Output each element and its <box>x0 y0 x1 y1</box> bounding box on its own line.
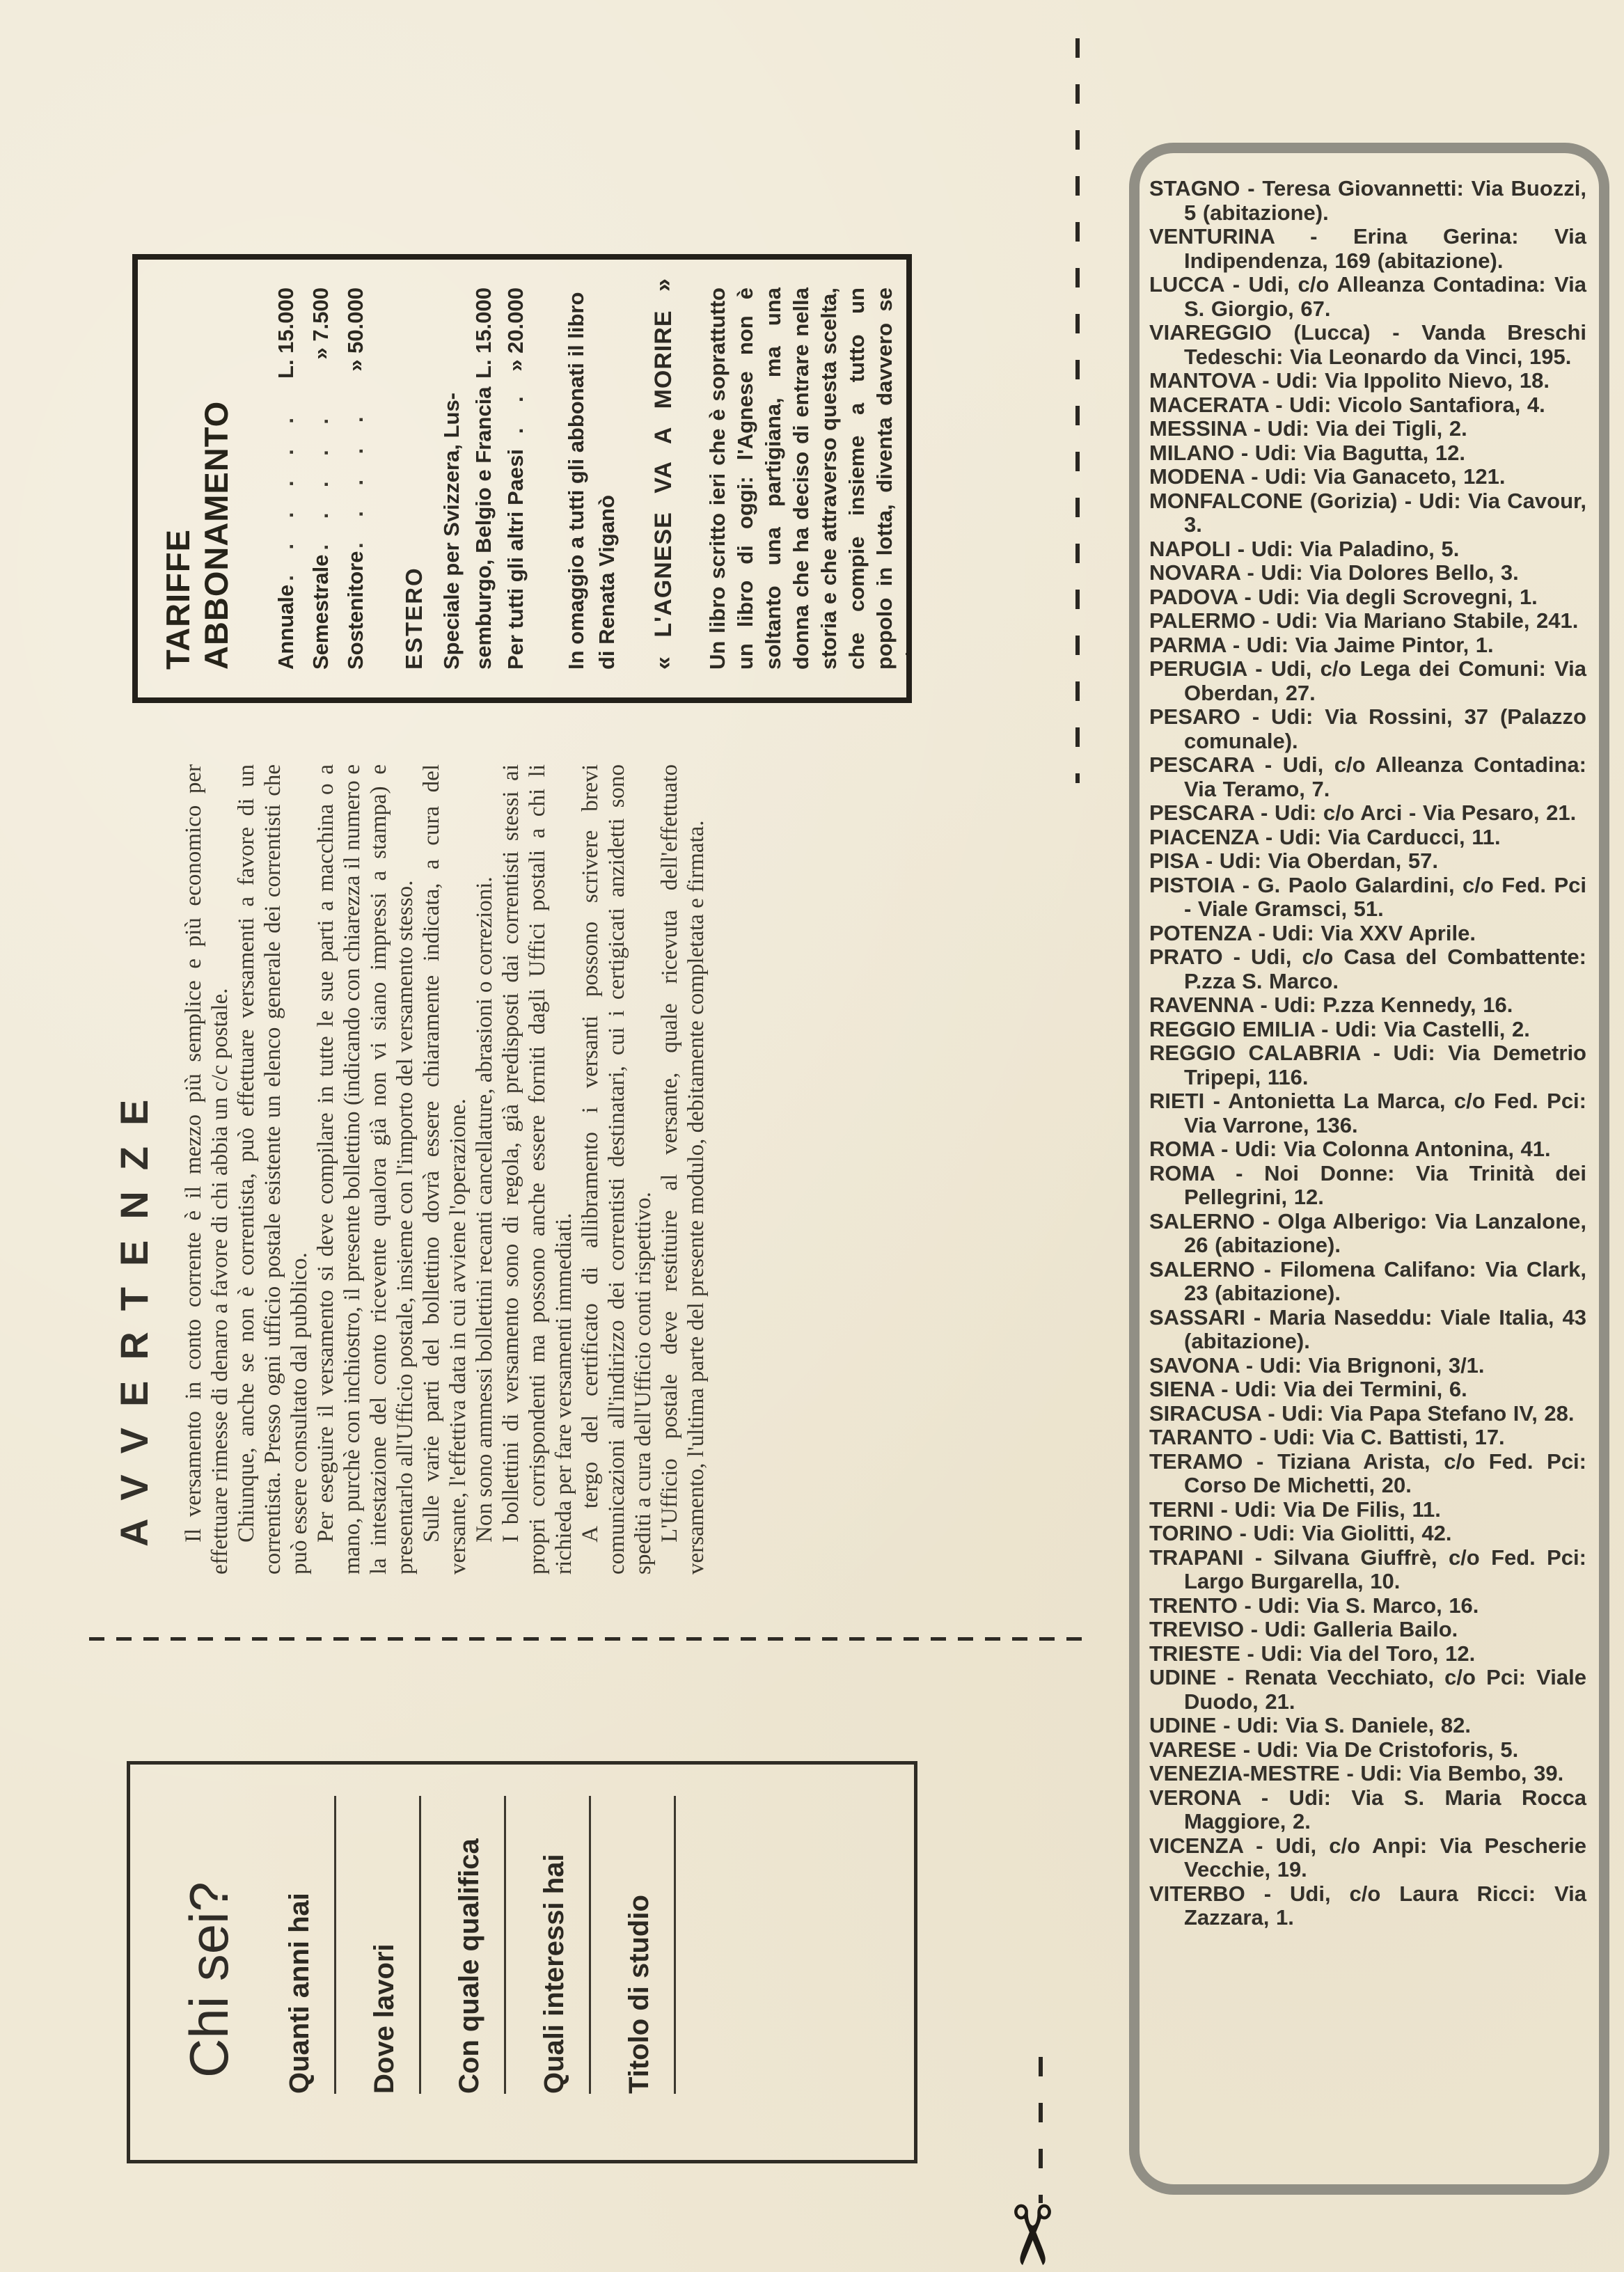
estero-rate-table: Speciale per Svizzera, Lus- semburgo, Be… <box>436 287 532 670</box>
questionnaire-field: Titolo di studio <box>624 1765 676 2094</box>
address-entry: TRIESTE - Udi: Via del Toro, 12. <box>1149 1642 1586 1666</box>
avvertenze-paragraph: Il versamento in conto corrente è il mez… <box>180 764 233 1575</box>
questionnaire-fields: Quanti anni haiDove lavoriCon quale qual… <box>284 1765 676 2094</box>
address-entry: PISA - Udi: Via Oberdan, 57. <box>1149 849 1586 874</box>
address-entry: SALERNO - Filomena Califano: Via Clark, … <box>1149 1258 1586 1306</box>
blank-answer-line <box>589 1796 591 2094</box>
address-entry: VERONA - Udi: Via S. Maria Rocca Maggior… <box>1149 1786 1586 1834</box>
address-entry: UDINE - Udi: Via S. Daniele, 82. <box>1149 1714 1586 1738</box>
address-entry: POTENZA - Udi: Via XXV Aprile. <box>1149 922 1586 946</box>
avvertenze-paragraph: L'Ufficio postale deve restituire al ver… <box>656 764 709 1575</box>
address-entry: VARESE - Udi: Via De Cristoforis, 5. <box>1149 1738 1586 1762</box>
tariffe-title: TARIFFE ABBONAMENTO <box>159 287 235 670</box>
avvertenze-paragraph: I bollettini di versamento sono di regol… <box>498 764 577 1575</box>
estero-heading: ESTERO <box>401 287 427 670</box>
cut-line-top <box>1075 38 1080 783</box>
address-entry: REGGIO CALABRIA - Udi: Via Demetrio Trip… <box>1149 1041 1586 1089</box>
address-entry: STAGNO - Teresa Giovannetti: Via Buozzi,… <box>1149 177 1586 225</box>
tariffe-rate-table: Annuale . . . . . . L. 15.000 Semestrale… <box>269 287 373 670</box>
gift-note: In omaggio a tutti gli abbonati il libro… <box>561 287 622 670</box>
address-entry: UDINE - Renata Vecchiato, c/o Pci: Viale… <box>1149 1666 1586 1714</box>
dashed-separator-line <box>89 1637 1083 1641</box>
avvertenze-paragraph: Sulle varie parti del bollettino dovrà e… <box>418 764 471 1575</box>
dot-leader: . . . . . <box>303 404 338 555</box>
avvertenze-heading: AVVERTENZE <box>111 764 157 1575</box>
address-entry: TRAPANI - Silvana Giuffrè, c/o Fed. Pci:… <box>1149 1546 1586 1594</box>
address-entry: PESCARA - Udi: c/o Arci - Via Pesaro, 21… <box>1149 801 1586 826</box>
address-entry: RIETI - Antonietta La Marca, c/o Fed. Pc… <box>1149 1089 1586 1137</box>
avvertenze-paragraphs: Il versamento in conto corrente è il mez… <box>180 764 709 1575</box>
rate-row-semestrale: Semestrale . . . . . » 7.500 <box>303 287 338 670</box>
address-entry: PARMA - Udi: Via Jaime Pintor, 1. <box>1149 633 1586 658</box>
address-entry: PERUGIA - Udi, c/o Lega dei Comuni: Via … <box>1149 657 1586 705</box>
questionnaire-field: Quanti anni hai <box>284 1765 336 2094</box>
address-entry: PESCARA - Udi, c/o Alleanza Contadina: V… <box>1149 753 1586 801</box>
address-entry: TREVISO - Udi: Galleria Bailo. <box>1149 1618 1586 1642</box>
rate-label: Sostenitore <box>338 551 373 670</box>
address-entry: MANTOVA - Udi: Via Ippolito Nievo, 18. <box>1149 369 1586 393</box>
tariffe-rotated-content: TARIFFE ABBONAMENTO Annuale . . . . . . … <box>138 260 906 697</box>
address-entry: ROMA - Noi Donne: Via Trinità dei Pelleg… <box>1149 1162 1586 1210</box>
estero-text: Speciale per Svizzera, Lus- <box>436 393 468 670</box>
field-label: Con quale qualifica <box>454 1765 485 2094</box>
address-entry: SASSARI - Maria Naseddu: Viale Italia, 4… <box>1149 1306 1586 1354</box>
address-entry: SIRACUSA - Udi: Via Papa Stefano IV, 28. <box>1149 1402 1586 1426</box>
avvertenze-paragraph: Non sono ammessi bollettini recanti canc… <box>471 764 498 1575</box>
avvertenze-paragraph: A tergo del certificato di allibramento … <box>577 764 656 1575</box>
avvertenze-rotated-content: AVVERTENZE Il versamento in conto corren… <box>111 752 901 1587</box>
estero-row: Per tutti gli altri Paesi . . » 20.000 <box>500 287 532 670</box>
field-label: Quali interessi hai <box>539 1765 570 2094</box>
address-entry: PRATO - Udi, c/o Casa del Combattente: P… <box>1149 945 1586 993</box>
address-entry: MODENA - Udi: Via Ganaceto, 121. <box>1149 465 1586 489</box>
address-entry: LUCCA - Udi, c/o Alleanza Contadina: Via… <box>1149 273 1586 321</box>
blank-answer-line <box>674 1796 676 2094</box>
address-entry: VENEZIA-MESTRE - Udi: Via Bembo, 39. <box>1149 1762 1586 1786</box>
dot-leader: . . <box>500 372 532 449</box>
address-entry: TERNI - Udi: Via De Filis, 11. <box>1149 1498 1586 1522</box>
estero-value: L. 15.000 <box>468 287 500 379</box>
address-entry: SIENA - Udi: Via dei Termini, 6. <box>1149 1378 1586 1402</box>
address-entry: PALERMO - Udi: Via Mariano Stabile, 241. <box>1149 609 1586 633</box>
address-entry: NOVARA - Udi: Via Dolores Bello, 3. <box>1149 561 1586 585</box>
rate-value: L. 15.000 <box>269 287 303 404</box>
address-entry: MESSINA - Udi: Via dei Tigli, 2. <box>1149 417 1586 441</box>
estero-text: semburgo, Belgio e Francia <box>468 386 500 670</box>
chi-sei-questionnaire-box: Chi sei? Quanti anni haiDove lavoriCon q… <box>127 1761 917 2163</box>
book-blurb: Un libro scritto ieri che è soprattutto … <box>704 287 912 670</box>
address-list: STAGNO - Teresa Giovannetti: Via Buozzi,… <box>1149 177 1586 1930</box>
address-entry: VICENZA - Udi, c/o Anpi: Via Pescherie V… <box>1149 1834 1586 1882</box>
address-entry: PESARO - Udi: Via Rossini, 37 (Palazzo c… <box>1149 705 1586 753</box>
questionnaire-field: Quali interessi hai <box>539 1765 591 2094</box>
address-entry: PIACENZA - Udi: Via Carducci, 11. <box>1149 826 1586 850</box>
rate-label: Annuale <box>269 585 303 670</box>
address-entry: MILANO - Udi: Via Bagutta, 12. <box>1149 441 1586 466</box>
address-entry: PADOVA - Udi: Via degli Scrovegni, 1. <box>1149 585 1586 610</box>
book-title: « L'AGNESE VA A MORIRE » <box>650 287 677 670</box>
address-entry: VITERBO - Udi, c/o Laura Ricci: Via Zazz… <box>1149 1882 1586 1930</box>
rate-value: » 7.500 <box>303 287 338 404</box>
blank-answer-line <box>504 1796 506 2094</box>
dot-leader: . . . . . <box>338 404 373 551</box>
scanned-magazine-page: TARIFFE ABBONAMENTO Annuale . . . . . . … <box>0 0 1624 2272</box>
avvertenze-paragraph: Per eseguire il versamento si deve compi… <box>313 764 418 1575</box>
address-entry: VIAREGGIO (Lucca) - Vanda Breschi Tedesc… <box>1149 321 1586 369</box>
address-entry: PISTOIA - G. Paolo Galardini, c/o Fed. P… <box>1149 874 1586 922</box>
address-entry: NAPOLI - Udi: Via Paladino, 5. <box>1149 537 1586 562</box>
estero-text: Per tutti gli altri Paesi <box>500 449 532 670</box>
tariffe-abbonamento-box: TARIFFE ABBONAMENTO Annuale . . . . . . … <box>132 254 912 703</box>
field-label: Dove lavori <box>369 1765 400 2094</box>
address-entry: MACERATA - Udi: Vicolo Santafiora, 4. <box>1149 393 1586 418</box>
address-entry: TRENTO - Udi: Via S. Marco, 16. <box>1149 1594 1586 1618</box>
estero-row: semburgo, Belgio e Francia L. 15.000 <box>468 287 500 670</box>
questionnaire-field: Dove lavori <box>369 1765 421 2094</box>
scissors-icon: ✂ <box>990 2201 1072 2270</box>
address-entry: SAVONA - Udi: Via Brignoni, 3/1. <box>1149 1354 1586 1378</box>
questionnaire-title: Chi sei? <box>178 1765 241 2078</box>
rate-label: Semestrale <box>303 555 338 670</box>
estero-value: » 20.000 <box>500 287 532 372</box>
address-entry: TERAMO - Tiziana Arista, c/o Fed. Pci: C… <box>1149 1450 1586 1498</box>
address-entry: REGGIO EMILIA - Udi: Via Castelli, 2. <box>1149 1018 1586 1042</box>
dot-leader: . . . . . . <box>269 404 303 585</box>
rate-row-sostenitore: Sostenitore . . . . . » 50.000 <box>338 287 373 670</box>
address-entry: TORINO - Udi: Via Giolitti, 42. <box>1149 1522 1586 1546</box>
field-label: Titolo di studio <box>624 1765 655 2094</box>
address-entry: VENTURINA - Erina Gerina: Via Indipenden… <box>1149 225 1586 273</box>
avvertenze-paragraph: Chiunque, anche se non è correntista, pu… <box>233 764 313 1575</box>
rate-value: » 50.000 <box>338 287 373 404</box>
cut-line-bottom <box>1039 2057 1043 2203</box>
address-entry: TARANTO - Udi: Via C. Battisti, 17. <box>1149 1426 1586 1450</box>
address-entry: SALERNO - Olga Alberigo: Via Lanzalone, … <box>1149 1210 1586 1258</box>
estero-row: Speciale per Svizzera, Lus- <box>436 287 468 670</box>
field-label: Quanti anni hai <box>284 1765 315 2094</box>
questionnaire-field: Con quale qualifica <box>454 1765 506 2094</box>
avvertenze-section: AVVERTENZE Il versamento in conto corren… <box>111 752 901 1587</box>
address-entry: ROMA - Udi: Via Colonna Antonina, 41. <box>1149 1137 1586 1162</box>
blank-answer-line <box>334 1796 336 2094</box>
questionnaire-rotated-content: Chi sei? Quanti anni haiDove lavoriCon q… <box>130 1765 914 2160</box>
addresses-box: STAGNO - Teresa Giovannetti: Via Buozzi,… <box>1129 143 1609 2195</box>
rate-row-annuale: Annuale . . . . . . L. 15.000 <box>269 287 303 670</box>
blank-answer-line <box>419 1796 421 2094</box>
address-entry: RAVENNA - Udi: P.zza Kennedy, 16. <box>1149 993 1586 1018</box>
address-entry: MONFALCONE (Gorizia) - Udi: Via Cavour, … <box>1149 489 1586 537</box>
